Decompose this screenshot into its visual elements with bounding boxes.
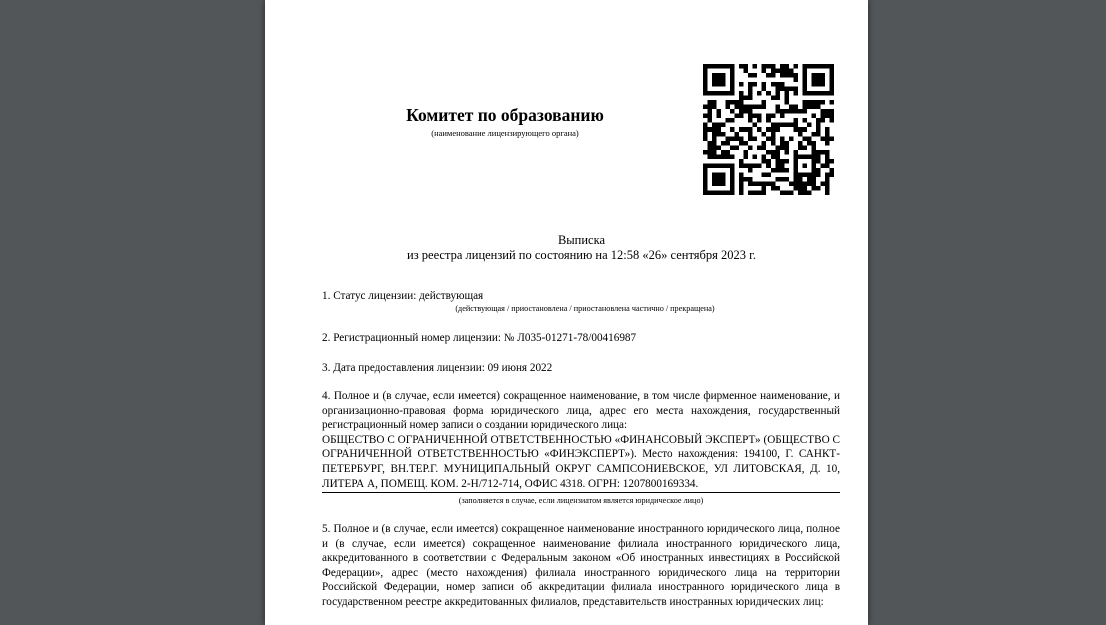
- license-status-caption: (действующая / приостановлена / приостан…: [435, 304, 735, 313]
- document-page: Комитет по образованию (наименование лиц…: [265, 0, 868, 625]
- legal-entity-value: ОБЩЕСТВО С ОГРАНИЧЕННОЙ ОТВЕТСТВЕННОСТЬЮ…: [322, 433, 840, 493]
- licensing-authority: Комитет по образованию (наименование лиц…: [377, 104, 633, 139]
- document-title: Выписка из реестра лицензий по состоянию…: [265, 233, 868, 263]
- qr-code-icon: [703, 64, 834, 195]
- pdf-viewer: Комитет по образованию (наименование лиц…: [0, 0, 1106, 625]
- authority-caption: (наименование лицензирующего органа): [377, 127, 633, 139]
- item-registration-number: 2. Регистрационный номер лицензии: № Л03…: [322, 331, 840, 346]
- item-foreign-entity: 5. Полное и (в случае, если имеется) сок…: [322, 522, 840, 610]
- legal-entity-caption: (заполняется в случае, если лицензиатом …: [322, 495, 840, 506]
- title-line-1: Выписка: [265, 233, 868, 248]
- item-legal-entity: 4. Полное и (в случае, если имеется) сок…: [322, 389, 840, 493]
- title-line-2: из реестра лицензий по состоянию на 12:5…: [265, 248, 868, 263]
- item-license-status: 1. Статус лицензии: действующая: [322, 289, 840, 304]
- legal-entity-label: 4. Полное и (в случае, если имеется) сок…: [322, 389, 840, 433]
- item-license-date: 3. Дата предоставления лицензии: 09 июня…: [322, 361, 840, 376]
- authority-name: Комитет по образованию: [377, 104, 633, 126]
